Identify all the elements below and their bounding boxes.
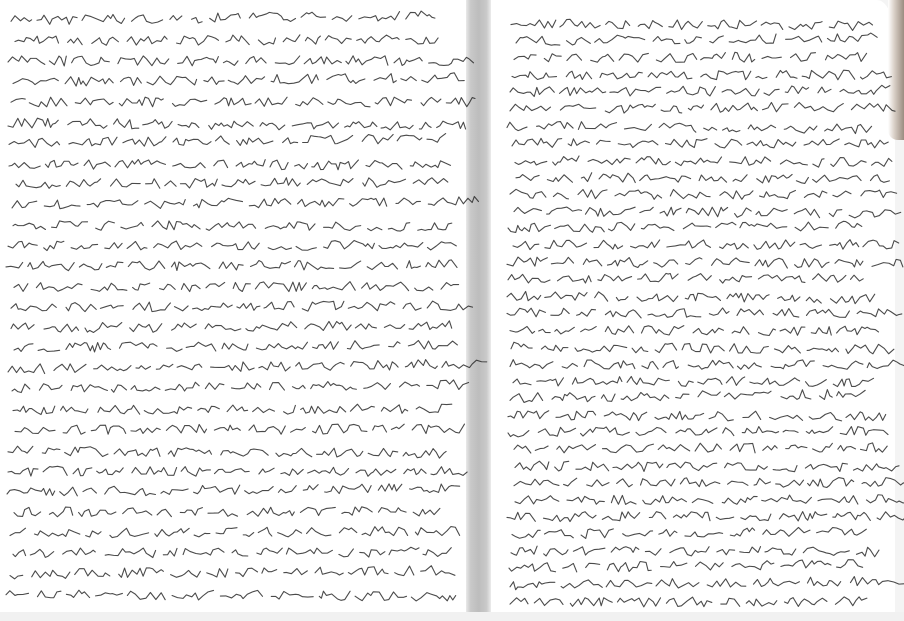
handwriting-line (511, 18, 871, 31)
handwriting-line (508, 220, 876, 234)
handwriting-line (515, 460, 885, 474)
handwriting-line (510, 596, 871, 608)
handwriting-line (514, 51, 874, 64)
handwriting-line (506, 510, 887, 523)
handwriting-line (512, 137, 881, 149)
handwriting-line (508, 409, 884, 423)
handwriting-line (506, 120, 883, 135)
handwriting-line (510, 101, 870, 115)
handwriting-line (510, 388, 870, 404)
handwriting-line (507, 256, 888, 269)
handwriting-line (508, 424, 875, 438)
right-handwriting-lines (0, 0, 904, 621)
handwriting-line (513, 239, 887, 251)
handwriting-line (512, 69, 889, 81)
handwriting-line (510, 575, 889, 591)
handwriting-line (514, 154, 889, 169)
handwriting-line (507, 290, 885, 305)
handwriting-line (511, 545, 888, 558)
handwriting-line (512, 526, 880, 540)
handwriting-line (516, 31, 885, 47)
handwriting-line (513, 375, 887, 388)
handwriting-line (515, 493, 881, 506)
handwriting-line (508, 272, 871, 285)
handwriting-line (514, 477, 884, 489)
handwriting-line (516, 171, 888, 185)
handwriting-line (509, 324, 879, 337)
handwriting-line (510, 188, 882, 201)
handwriting-line (511, 341, 889, 355)
manuscript-spread: [illegible handwritten text] [illegible … (0, 0, 904, 621)
handwriting-line (513, 441, 870, 455)
handwriting-line (509, 558, 876, 574)
handwriting-line (510, 358, 888, 371)
handwriting-line (507, 307, 881, 319)
handwriting-line (514, 205, 890, 219)
handwriting-line (510, 84, 887, 98)
